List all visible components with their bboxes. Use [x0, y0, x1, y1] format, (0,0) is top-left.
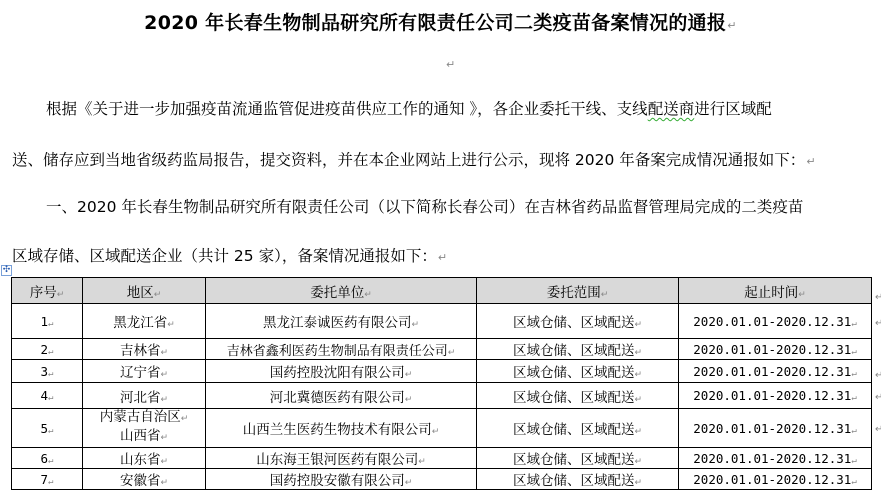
paragraph-mark-icon: ↵ [806, 155, 815, 168]
header-period: 起止时间↵ [679, 278, 872, 304]
cell-company: 山西兰生医药生物技术有限公司↵ [206, 409, 477, 448]
paragraph-text: 区域存储、区域配送企业（共计 25 家），备案情况通报如下： [12, 247, 437, 265]
table-move-handle-icon[interactable]: ✣ [1, 265, 12, 276]
body-paragraph-1-line-2: 送、储存应到当地省级药监局报告，提交资料，并在本企业网站上进行公示，现将 202… [12, 148, 881, 170]
cell-period: 2020.01.01-2020.12.31↵ [679, 360, 872, 383]
cell-period: 2020.01.01-2020.12.31↵ [679, 469, 872, 490]
cell-no: 5↵ [12, 409, 83, 448]
cell-period: 2020.01.01-2020.12.31↵ [679, 409, 872, 448]
cell-no: 2↵ [12, 339, 83, 360]
cell-region: 辽宁省↵ [83, 360, 206, 383]
row-end-mark-icon: ↵ [875, 318, 881, 329]
cell-period: 2020.01.01-2020.12.31↵ [679, 339, 872, 360]
header-company: 委托单位↵ [206, 278, 477, 304]
row-end-mark-icon: ↵ [875, 392, 881, 403]
paragraph-text: 根据《关于进一步加强疫苗流通监管促进疫苗供应工作的通知 》，各企业委托干线、支线 [46, 100, 648, 118]
cell-no: 4↵ [12, 383, 83, 409]
cell-period: 2020.01.01-2020.12.31↵ [679, 304, 872, 339]
cell-no: 7↵ [12, 469, 83, 490]
body-paragraph-1-line-1: 根据《关于进一步加强疫苗流通监管促进疫苗供应工作的通知 》，各企业委托干线、支线… [46, 97, 881, 119]
table-row: 7↵ 安徽省↵ 国药控股安徽有限公司↵ 区域仓储、区域配送↵ 2020.01.0… [12, 469, 872, 490]
grammar-flagged-text[interactable]: 配送商 [648, 100, 695, 118]
cell-region: 黑龙江省↵ [83, 304, 206, 339]
row-end-mark-icon: ↵ [875, 424, 881, 435]
cell-scope: 区域仓储、区域配送↵ [477, 409, 679, 448]
cell-region: 吉林省↵ [83, 339, 206, 360]
cell-company: 吉林省鑫利医药生物制品有限责任公司↵ [206, 339, 477, 360]
cell-company: 山东海王银河医药有限公司↵ [206, 448, 477, 469]
cell-company: 河北冀德医药有限公司↵ [206, 383, 477, 409]
row-end-mark-icon: ↵ [875, 370, 881, 381]
cell-no: 1↵ [12, 304, 83, 339]
paragraph-text: 一、2020 年长春生物制品研究所有限责任公司（以下简称长春公司）在吉林省药品监… [46, 198, 803, 216]
cell-scope: 区域仓储、区域配送↵ [477, 304, 679, 339]
table-row: 5↵ 内蒙古自治区↵山西省↵ 山西兰生医药生物技术有限公司↵ 区域仓储、区域配送… [12, 409, 872, 448]
cell-scope: 区域仓储、区域配送↵ [477, 339, 679, 360]
table-row: 1↵ 黑龙江省↵ 黑龙江泰诚医药有限公司↵ 区域仓储、区域配送↵ 2020.01… [12, 304, 872, 339]
table-row: 4↵ 河北省↵ 河北冀德医药有限公司↵ 区域仓储、区域配送↵ 2020.01.0… [12, 383, 872, 409]
table-header-row: 序号↵ 地区↵ 委托单位↵ 委托范围↵ 起止时间↵ [12, 278, 872, 304]
row-end-mark-icon: ↵ [875, 292, 881, 303]
header-region: 地区↵ [83, 278, 206, 304]
document-title-text: 2020 年长春生物制品研究所有限责任公司二类疫苗备案情况的通报 [144, 12, 726, 34]
cell-company: 黑龙江泰诚医药有限公司↵ [206, 304, 477, 339]
cell-no: 6↵ [12, 448, 83, 469]
cell-scope: 区域仓储、区域配送↵ [477, 383, 679, 409]
table-row: 6↵ 山东省↵ 山东海王银河医药有限公司↵ 区域仓储、区域配送↵ 2020.01… [12, 448, 872, 469]
cell-region: 安徽省↵ [83, 469, 206, 490]
table-row: 3↵ 辽宁省↵ 国药控股沈阳有限公司↵ 区域仓储、区域配送↵ 2020.01.0… [12, 360, 872, 383]
cell-scope: 区域仓储、区域配送↵ [477, 448, 679, 469]
cell-no: 3↵ [12, 360, 83, 383]
paragraph-text: 送、储存应到当地省级药监局报告，提交资料，并在本企业网站上进行公示，现将 202… [12, 151, 805, 169]
body-paragraph-2-line-1: 一、2020 年长春生物制品研究所有限责任公司（以下简称长春公司）在吉林省药品监… [46, 195, 881, 217]
body-paragraph-2-line-2: 区域存储、区域配送企业（共计 25 家），备案情况通报如下：↵ [12, 244, 881, 266]
header-scope: 委托范围↵ [477, 278, 679, 304]
cell-region: 山东省↵ [83, 448, 206, 469]
cell-company: 国药控股安徽有限公司↵ [206, 469, 477, 490]
cell-period: 2020.01.01-2020.12.31↵ [679, 383, 872, 409]
cell-company: 国药控股沈阳有限公司↵ [206, 360, 477, 383]
cell-region: 内蒙古自治区↵山西省↵ [83, 409, 206, 448]
paragraph-mark-icon: ↵ [438, 251, 447, 264]
cell-period: 2020.01.01-2020.12.31↵ [679, 448, 872, 469]
cell-scope: 区域仓储、区域配送↵ [477, 469, 679, 490]
header-no: 序号↵ [12, 278, 83, 304]
document-title: 2020 年长春生物制品研究所有限责任公司二类疫苗备案情况的通报↵ [0, 8, 881, 35]
paragraph-text: 进行区域配 [694, 100, 772, 118]
table-row: 2↵ 吉林省↵ 吉林省鑫利医药生物制品有限责任公司↵ 区域仓储、区域配送↵ 20… [12, 339, 872, 360]
paragraph-mark-icon: ↵ [446, 58, 455, 71]
cell-scope: 区域仓储、区域配送↵ [477, 360, 679, 383]
filing-table: 序号↵ 地区↵ 委托单位↵ 委托范围↵ 起止时间↵ 1↵ 黑龙江省↵ 黑龙江泰诚… [11, 277, 872, 490]
paragraph-mark-icon: ↵ [727, 19, 737, 32]
cell-region: 河北省↵ [83, 383, 206, 409]
